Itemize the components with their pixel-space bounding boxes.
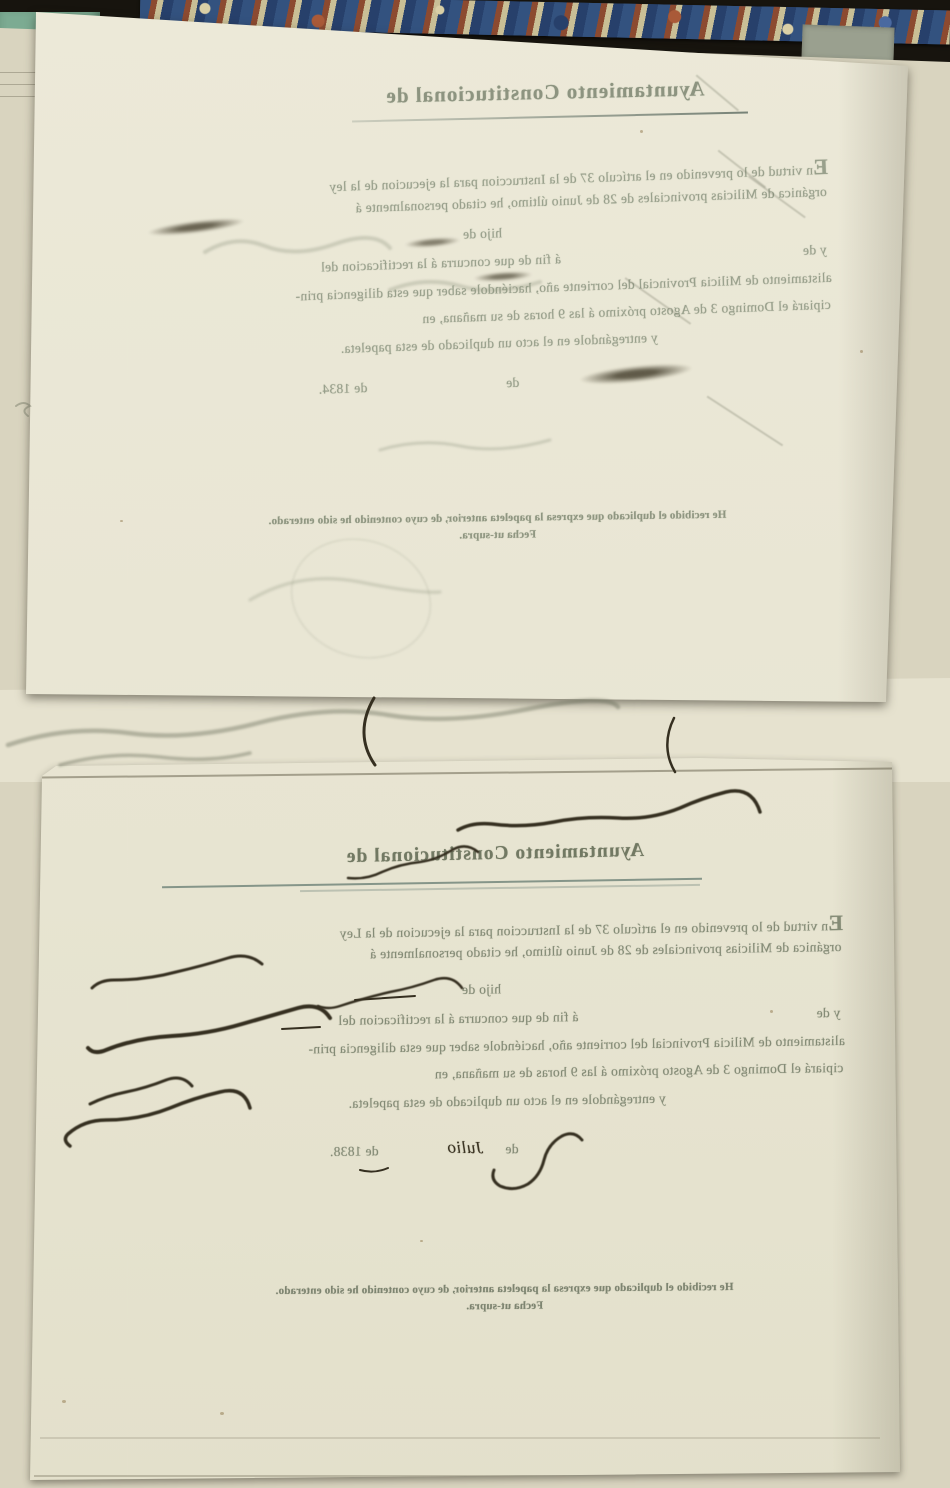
stack-edge-line (0, 84, 108, 85)
paper-speck (420, 1240, 423, 1242)
archive-scan: Ayuntamiento Constitucional de En virtud… (0, 0, 950, 1488)
paper-speck (860, 350, 863, 353)
paper-speck (770, 1010, 773, 1013)
paper-speck (62, 1400, 66, 1403)
paper-speck (120, 520, 123, 522)
stack-edge-line (0, 96, 105, 97)
stack-edge-line (0, 72, 110, 73)
paper-speck (220, 1412, 224, 1415)
paper-speck (640, 130, 643, 133)
